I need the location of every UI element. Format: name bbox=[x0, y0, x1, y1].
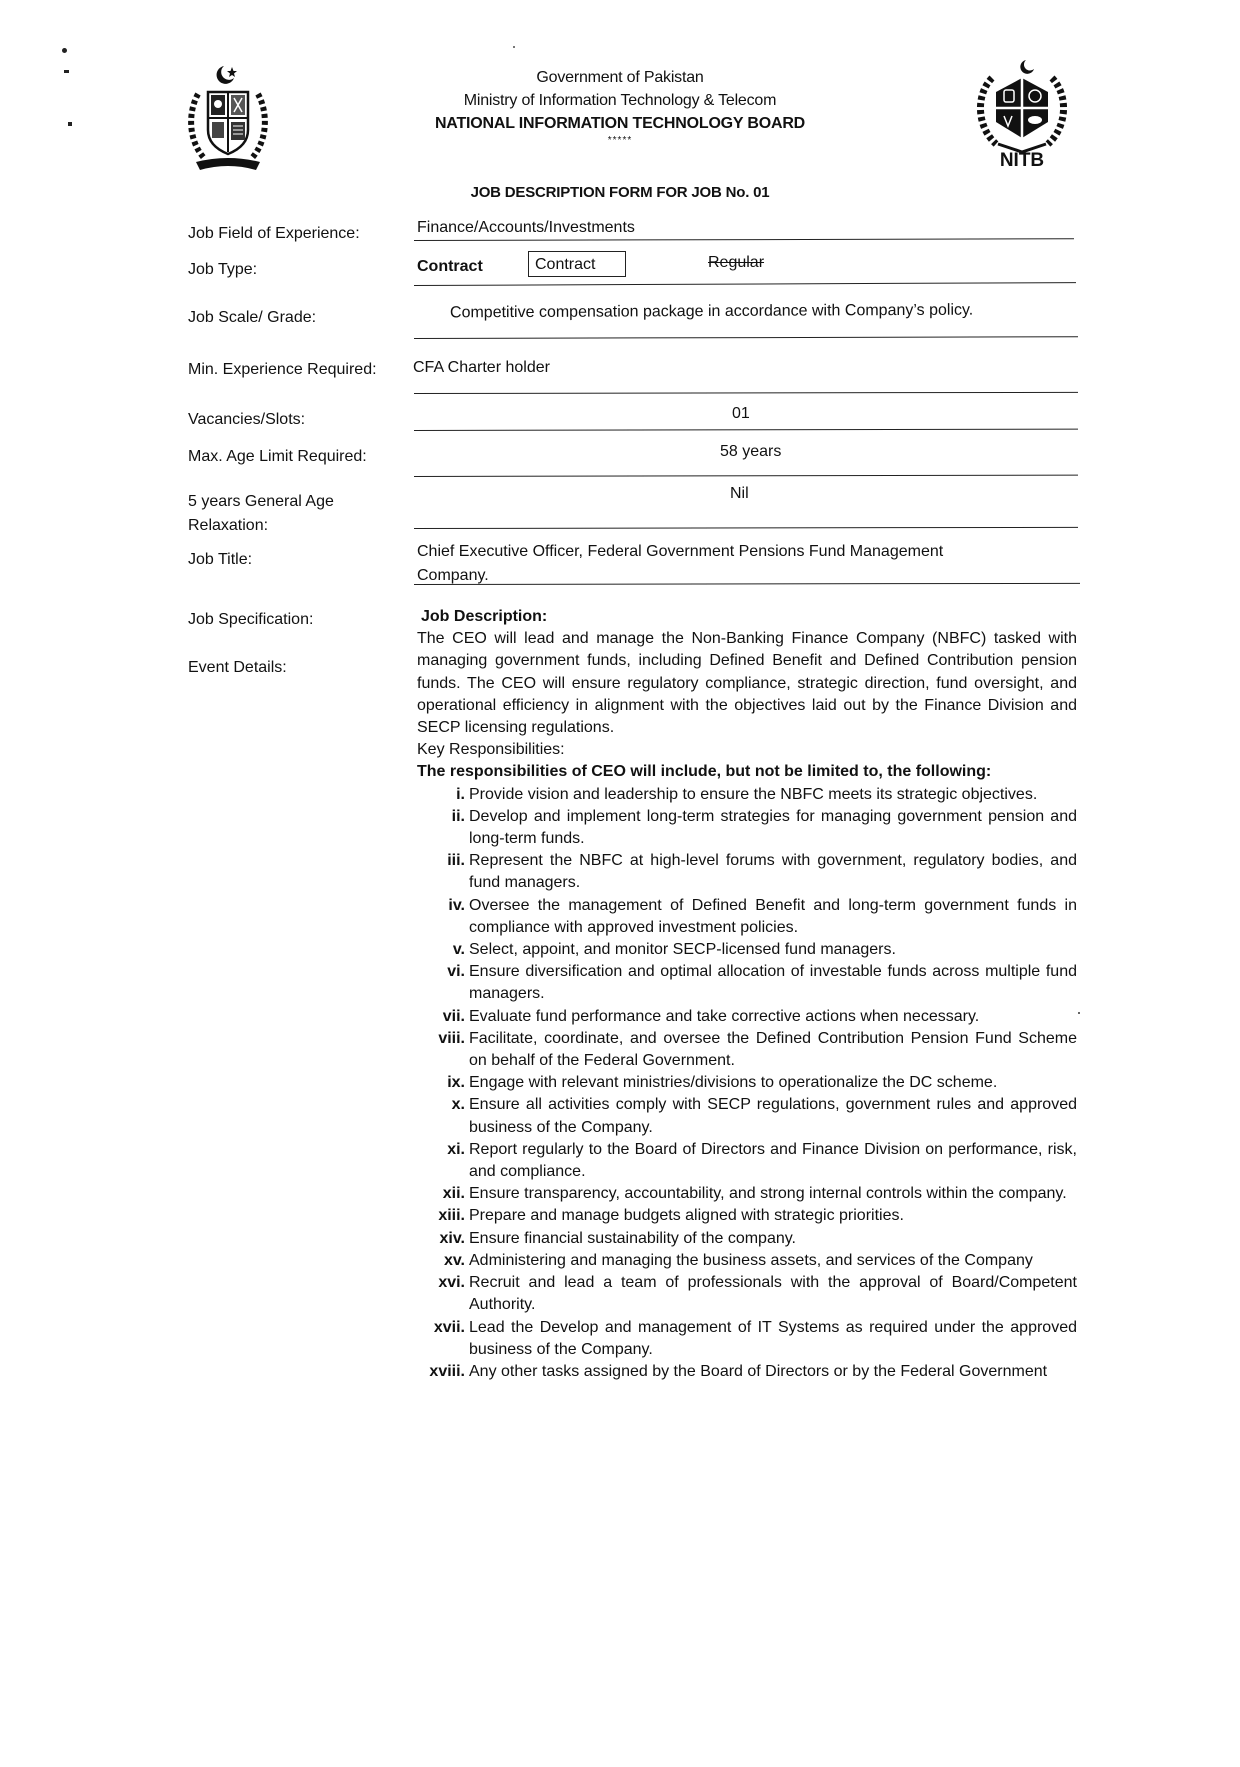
age-relaxation-label-line2: Relaxation: bbox=[188, 514, 334, 538]
scale-grade-label: Job Scale/ Grade: bbox=[188, 306, 316, 330]
job-title-value: Chief Executive Officer, Federal Governm… bbox=[417, 540, 1077, 588]
responsibility-item: xviii.Any other tasks assigned by the Bo… bbox=[417, 1361, 1077, 1401]
responsibility-number: xv. bbox=[417, 1250, 469, 1272]
responsibility-text: Ensure transparency, accountability, and… bbox=[469, 1183, 1077, 1205]
scale-grade-underline bbox=[414, 336, 1078, 339]
responsibility-item: x.Ensure all activities comply with SECP… bbox=[417, 1094, 1077, 1138]
min-experience-label: Min. Experience Required: bbox=[188, 358, 377, 382]
max-age-underline bbox=[414, 475, 1078, 477]
responsibility-number: iv. bbox=[417, 895, 469, 917]
responsibility-item: vii.Evaluate fund performance and take c… bbox=[417, 1006, 1077, 1028]
form-title: JOB DESCRIPTION FORM FOR JOB No. 01 bbox=[420, 184, 820, 201]
responsibility-text: Provide vision and leadership to ensure … bbox=[469, 784, 1077, 806]
vacancies-label: Vacancies/Slots: bbox=[188, 408, 305, 432]
job-specification-label: Job Specification: bbox=[188, 608, 313, 632]
responsibility-number: xii. bbox=[417, 1183, 469, 1205]
responsibility-number: viii. bbox=[417, 1028, 469, 1050]
responsibility-number: ix. bbox=[417, 1072, 469, 1094]
vacancies-value: 01 bbox=[732, 402, 750, 426]
responsibility-text: Report regularly to the Board of Directo… bbox=[469, 1139, 1077, 1183]
responsibility-item: ix.Engage with relevant ministries/divis… bbox=[417, 1072, 1077, 1094]
responsibility-number: v. bbox=[417, 939, 469, 961]
responsibility-item: xvi.Recruit and lead a team of professio… bbox=[417, 1272, 1077, 1316]
age-relaxation-value: Nil bbox=[730, 482, 749, 506]
svg-text:NITB: NITB bbox=[1000, 150, 1044, 170]
responsibility-item: xiii.Prepare and manage budgets aligned … bbox=[417, 1205, 1077, 1227]
letterhead-stars: ***** bbox=[380, 135, 860, 147]
responsibility-text: Administering and managing the business … bbox=[469, 1250, 1077, 1272]
responsibility-item: v.Select, appoint, and monitor SECP-lice… bbox=[417, 939, 1077, 961]
responsibility-text: Ensure diversification and optimal alloc… bbox=[469, 961, 1077, 1005]
job-description-heading: Job Description: bbox=[421, 606, 1077, 628]
responsibility-number: xviii. bbox=[417, 1361, 469, 1383]
responsibility-text: Prepare and manage budgets aligned with … bbox=[469, 1205, 1077, 1227]
key-responsibilities-heading: Key Responsibilities: bbox=[417, 739, 1077, 761]
responsibility-text: Engage with relevant ministries/division… bbox=[469, 1072, 1077, 1094]
job-description: Job Description: The CEO will lead and m… bbox=[417, 606, 1077, 1401]
responsibility-item: vi.Ensure diversification and optimal al… bbox=[417, 961, 1077, 1005]
scale-grade-value: Competitive compensation package in acco… bbox=[450, 299, 973, 326]
responsibility-text: Evaluate fund performance and take corre… bbox=[469, 1006, 1077, 1028]
job-description-paragraph: The CEO will lead and manage the Non-Ban… bbox=[417, 628, 1077, 739]
responsibility-number: xi. bbox=[417, 1139, 469, 1161]
responsibility-text: Facilitate, coordinate, and oversee the … bbox=[469, 1028, 1077, 1072]
responsibility-number: xiii. bbox=[417, 1205, 469, 1227]
scan-speck bbox=[1078, 1012, 1080, 1014]
job-type-selected: Contract bbox=[417, 255, 483, 279]
responsibility-number: i. bbox=[417, 784, 469, 806]
responsibilities-intro: The responsibilities of CEO will include… bbox=[417, 761, 1077, 783]
nitb-logo-icon: NITB bbox=[972, 58, 1072, 170]
responsibility-item: ii.Develop and implement long-term strat… bbox=[417, 806, 1077, 850]
responsibility-text: Select, appoint, and monitor SECP-licens… bbox=[469, 939, 1077, 961]
letterhead-government: Government of Pakistan bbox=[380, 66, 860, 89]
letterhead: Government of Pakistan Ministry of Infor… bbox=[380, 66, 860, 147]
responsibility-number: vii. bbox=[417, 1006, 469, 1028]
responsibility-item: xi.Report regularly to the Board of Dire… bbox=[417, 1139, 1077, 1183]
field-of-experience-label: Job Field of Experience: bbox=[188, 222, 360, 246]
field-of-experience-value: Finance/Accounts/Investments bbox=[417, 216, 635, 240]
max-age-label: Max. Age Limit Required: bbox=[188, 445, 367, 469]
responsibility-number: xiv. bbox=[417, 1228, 469, 1250]
job-type-underline bbox=[414, 282, 1076, 286]
responsibility-text: Oversee the management of Defined Benefi… bbox=[469, 895, 1077, 939]
age-relaxation-underline bbox=[414, 527, 1078, 529]
job-type-label: Job Type: bbox=[188, 258, 257, 282]
responsibility-number: xvii. bbox=[417, 1317, 469, 1339]
age-relaxation-label-line1: 5 years General Age bbox=[188, 490, 334, 514]
scan-speck bbox=[513, 46, 515, 48]
scan-speck bbox=[68, 122, 72, 126]
job-title-label: Job Title: bbox=[188, 548, 252, 572]
responsibility-text: Ensure financial sustainability of the c… bbox=[469, 1228, 1077, 1250]
responsibility-number: vi. bbox=[417, 961, 469, 983]
job-title-line1: Chief Executive Officer, Federal Governm… bbox=[417, 540, 1077, 564]
max-age-value: 58 years bbox=[720, 440, 781, 464]
responsibility-text: Lead the Develop and management of IT Sy… bbox=[469, 1317, 1077, 1361]
responsibility-item: xiv.Ensure financial sustainability of t… bbox=[417, 1228, 1077, 1250]
responsibility-text: Ensure all activities comply with SECP r… bbox=[469, 1094, 1077, 1138]
document-page: Government of Pakistan Ministry of Infor… bbox=[0, 0, 1240, 1767]
responsibility-number: ii. bbox=[417, 806, 469, 828]
scan-speck bbox=[64, 70, 69, 73]
responsibility-number: x. bbox=[417, 1094, 469, 1116]
letterhead-ministry: Ministry of Information Technology & Tel… bbox=[380, 89, 860, 112]
responsibility-item: xv.Administering and managing the busine… bbox=[417, 1250, 1077, 1272]
responsibility-text: Represent the NBFC at high-level forums … bbox=[469, 850, 1077, 894]
responsibility-item: viii.Facilitate, coordinate, and oversee… bbox=[417, 1028, 1077, 1072]
responsibility-item: xii.Ensure transparency, accountability,… bbox=[417, 1183, 1077, 1205]
responsibility-text: Recruit and lead a team of professionals… bbox=[469, 1272, 1077, 1316]
responsibility-item: i.Provide vision and leadership to ensur… bbox=[417, 784, 1077, 806]
event-details-label: Event Details: bbox=[188, 656, 287, 680]
responsibility-item: iii.Represent the NBFC at high-level for… bbox=[417, 850, 1077, 894]
responsibility-item: xvii.Lead the Develop and management of … bbox=[417, 1317, 1077, 1361]
age-relaxation-label: 5 years General Age Relaxation: bbox=[188, 490, 334, 538]
min-experience-value: CFA Charter holder bbox=[413, 356, 550, 380]
responsibility-item: iv.Oversee the management of Defined Ben… bbox=[417, 895, 1077, 939]
vacancies-underline bbox=[414, 429, 1078, 431]
government-emblem-icon bbox=[186, 62, 270, 176]
responsibility-number: iii. bbox=[417, 850, 469, 872]
responsibilities-list: i.Provide vision and leadership to ensur… bbox=[417, 784, 1077, 1401]
job-type-contract-box: Contract bbox=[528, 251, 626, 277]
min-experience-underline bbox=[414, 392, 1078, 394]
responsibility-text: Develop and implement long-term strategi… bbox=[469, 806, 1077, 850]
scan-speck bbox=[62, 48, 67, 53]
letterhead-board: NATIONAL INFORMATION TECHNOLOGY BOARD bbox=[380, 112, 860, 135]
responsibility-number: xvi. bbox=[417, 1272, 469, 1294]
job-type-regular-struck: Regular bbox=[708, 251, 764, 275]
responsibility-text: Any other tasks assigned by the Board of… bbox=[469, 1361, 1077, 1401]
